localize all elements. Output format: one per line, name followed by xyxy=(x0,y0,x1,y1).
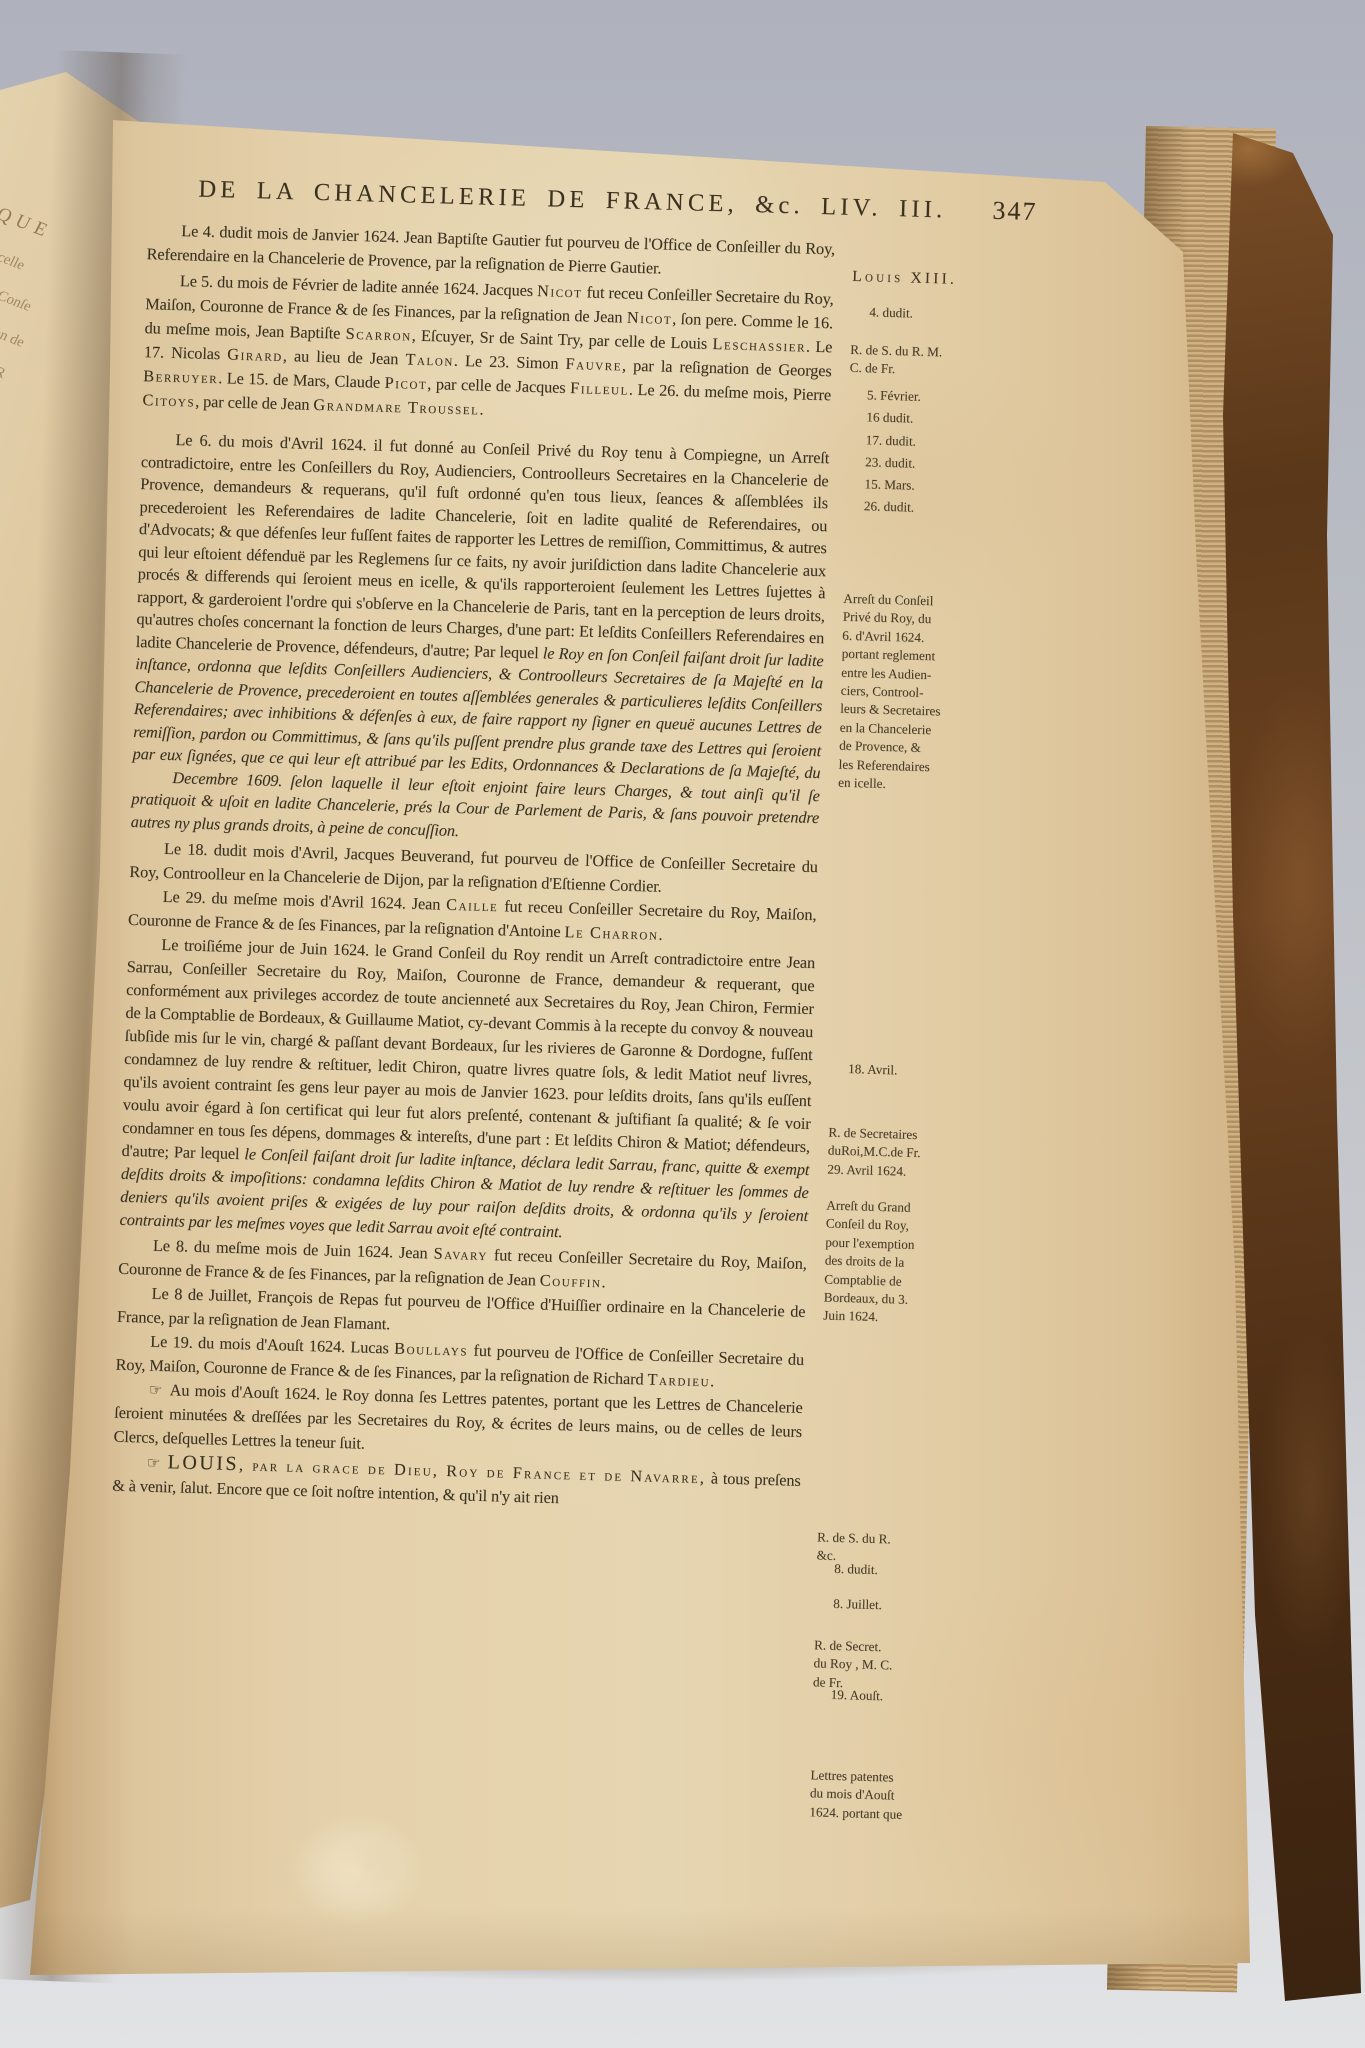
text-segment: . xyxy=(479,399,484,418)
paragraph: Le 6. du mois d'Avril 1624. il fut donné… xyxy=(130,428,829,852)
margin-note-line: 16 dudit. xyxy=(866,408,1066,432)
text-segment: Le 19. du mois d'Aouſt 1624. Lucas xyxy=(150,1332,394,1358)
text-segment: Nicot xyxy=(537,281,583,301)
margin-note-line: 4. dudit. xyxy=(869,303,1069,327)
margin-note-line: 15. Mars. xyxy=(864,475,1064,499)
margin-note-line: 18. Avril. xyxy=(848,1060,1048,1084)
text-segment: Grandmare Troussel xyxy=(313,395,480,419)
text-segment: Couffin xyxy=(540,1271,602,1292)
margin-note: 16 dudit. xyxy=(866,408,1066,432)
margin-note-line: 8. Juillet. xyxy=(833,1595,1033,1619)
manicule-icon: ☞ xyxy=(147,1454,168,1473)
margin-note: 15. Mars. xyxy=(864,475,1064,499)
text-segment: Le 8. du meſme mois de Juin 1624. Jean xyxy=(153,1236,434,1263)
margin-note: 5. Février. xyxy=(867,386,1067,410)
margin-note: 4. dudit. xyxy=(869,303,1069,327)
text-segment: Tardieu xyxy=(647,1370,710,1391)
text-row: Le 4. dudit mois de Janvier 1624. Jean B… xyxy=(106,218,1201,1527)
text-segment: , par celle de Jean xyxy=(195,392,314,414)
margin-note-line: 23. dudit. xyxy=(865,453,1065,477)
text-segment: Savary xyxy=(433,1244,488,1265)
text-segment: Le 6. du mois d'Avril 1624. il fut donné… xyxy=(136,430,830,662)
text-segment: , par celle de Jacques xyxy=(427,374,570,397)
text-segment: Leschassier xyxy=(712,334,806,356)
text-segment: Berruyer xyxy=(143,366,219,387)
text-segment: Nicot xyxy=(627,308,673,328)
text-segment: , au lieu de Jean xyxy=(283,346,406,368)
margin-note-line: 26. dudit. xyxy=(864,497,1064,521)
page-content: DE LA CHANCELERIE DE FRANCE, &c. LIV. II… xyxy=(106,170,1203,1527)
margin-note: 26. dudit. xyxy=(864,497,1064,521)
text-segment: Caille xyxy=(446,895,499,915)
text-segment: . Le 23. Simon xyxy=(454,351,566,373)
text-segment: Girard xyxy=(227,344,283,365)
text-segment: Le Charron xyxy=(564,922,659,944)
text-segment: . xyxy=(658,925,663,944)
margin-note: Arreſt du GrandConſeil du Roy,pour l'exe… xyxy=(823,1196,1027,1330)
text-segment: , Eſcuyer, Sr de Saint Try, par celle de… xyxy=(411,326,712,353)
book-photo: HRONOLOGIQUEmois, Jacques Tremollieres, … xyxy=(0,0,1365,2048)
margin-note: R. de SecretairesduRoi,M.C.de Fr.29. Avr… xyxy=(827,1124,1028,1185)
margin-note-line: 17. dudit. xyxy=(865,431,1065,455)
text-segment: . xyxy=(710,1371,715,1390)
text-segment: Le troiſiéme jour de Juin 1624. le Grand… xyxy=(121,935,815,1163)
text-segment: , par la reſignation de Georges xyxy=(622,355,832,380)
text-segment: le Roy en ſon Conſeil faiſant droit ſur … xyxy=(131,643,824,840)
text-segment: Filleul xyxy=(570,378,629,399)
page-number: 347 xyxy=(992,196,1038,227)
manicule-icon: ☞ xyxy=(149,1381,170,1400)
paragraph: Le 5. du mois de Février de ladite année… xyxy=(142,268,834,431)
text-segment: Talon xyxy=(405,349,454,369)
text-segment: . xyxy=(601,1272,606,1291)
text-segment: LOUIS xyxy=(167,1451,239,1475)
header-title: DE LA CHANCELERIE DE FRANCE, &c. LIV. II… xyxy=(198,176,947,224)
margin-note: 8. Juillet. xyxy=(833,1595,1033,1619)
text-segment: Fauvre xyxy=(565,354,622,375)
text-segment: Scarron xyxy=(345,324,412,345)
text-segment: . Le 26. du meſme mois, Pierre xyxy=(629,380,832,405)
margin-running-head: Louis XIII. xyxy=(852,268,1052,292)
margin-note: 18. Avril. xyxy=(848,1060,1048,1084)
text-segment: Le 29. du meſme mois d'Avril 1624. Jean xyxy=(162,887,446,914)
margin-note-line: Louis XIII. xyxy=(852,268,1052,292)
text-column: Le 4. dudit mois de Janvier 1624. Jean B… xyxy=(112,218,835,1517)
book-page: DE LA CHANCELERIE DE FRANCE, &c. LIV. II… xyxy=(25,70,1270,1985)
margin-column: Louis XIII.4. dudit.R. de S. du R. M.C. … xyxy=(808,238,1063,1863)
margin-note: R. de S. du R. M.C. de Fr. xyxy=(849,341,1050,383)
margin-note-line: 5. Février. xyxy=(867,386,1067,410)
paragraph: Le troiſiéme jour de Juin 1624. le Grand… xyxy=(119,932,815,1250)
margin-note: 23. dudit. xyxy=(865,453,1065,477)
margin-note: 17. dudit. xyxy=(865,431,1065,455)
text-segment: Citoys xyxy=(142,390,195,410)
text-segment: Boullays xyxy=(394,1338,468,1359)
text-segment: . Le 15. de Mars, Claude xyxy=(218,368,385,392)
text-segment: Picot xyxy=(384,373,427,393)
margin-note: Lettres patentesdu mois d'Aouſt1624. por… xyxy=(809,1766,1010,1827)
text-segment: Le 4. dudit mois de Janvier 1624. Jean B… xyxy=(146,221,835,277)
margin-note: Arreſt du ConſeilPrivé du Roy, du6. d'Av… xyxy=(838,590,1044,798)
